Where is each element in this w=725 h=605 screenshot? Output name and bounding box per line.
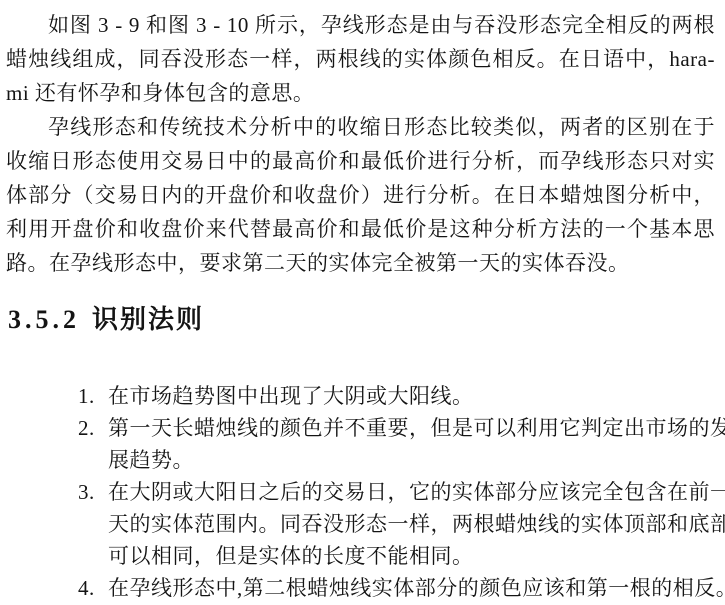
paragraph-harami-vs-inside-day: 孕线形态和传统技术分析中的收缩日形态比较类似，两者的区别在于收缩日形态使用交易日…	[6, 110, 715, 280]
text-line: 体部分（交易日内的开盘价和收盘价）进行分析。在日本蜡烛图分析中，	[6, 178, 715, 212]
list-item-text: 在市场趋势图中出现了大阴或大阳线。	[108, 380, 715, 412]
list-item: 2. 第一天长蜡烛线的颜色并不重要，但是可以利用它判定出市场的发展趋势。	[78, 412, 715, 476]
recognition-rules-list: 1. 在市场趋势图中出现了大阴或大阳线。 2. 第一天长蜡烛线的颜色并不重要，但…	[6, 380, 715, 604]
text-line: 孕线形态和传统技术分析中的收缩日形态比较类似，两者的区别在于	[6, 110, 715, 144]
list-item: 4. 在孕线形态中,第二根蜡烛线实体部分的颜色应该和第一根的相反。	[78, 572, 715, 604]
section-number: 3.5.2	[8, 305, 80, 334]
list-item-number: 3.	[78, 476, 108, 508]
list-item-text: 在大阴或大阳日之后的交易日，它的实体部分应该完全包含在前一天的实体范围内。同吞没…	[108, 476, 715, 572]
text-line: 可以相同，但是实体的长度不能相同。	[108, 540, 715, 572]
text-line: 天的实体范围内。同吞没形态一样，两根蜡烛线的实体顶部和底部	[108, 508, 715, 540]
book-page: 如图 3 - 9 和图 3 - 10 所示，孕线形态是由与吞没形态完全相反的两根…	[0, 0, 725, 605]
list-item-text: 第一天长蜡烛线的颜色并不重要，但是可以利用它判定出市场的发展趋势。	[108, 412, 715, 476]
text-line: 在孕线形态中,第二根蜡烛线实体部分的颜色应该和第一根的相反。	[108, 572, 715, 604]
text-line: mi 还有怀孕和身体包含的意思。	[6, 76, 715, 110]
section-title: 识别法则	[92, 305, 204, 334]
list-item-text: 在孕线形态中,第二根蜡烛线实体部分的颜色应该和第一根的相反。	[108, 572, 715, 604]
text-line: 路。在孕线形态中，要求第二天的实体完全被第一天的实体吞没。	[6, 246, 715, 280]
text-line: 如图 3 - 9 和图 3 - 10 所示，孕线形态是由与吞没形态完全相反的两根	[6, 8, 715, 42]
text-line: 在市场趋势图中出现了大阴或大阳线。	[108, 380, 715, 412]
text-line: 蜡烛线组成，同吞没形态一样，两根线的实体颜色相反。在日语中，hara-	[6, 42, 715, 76]
text-line: 第一天长蜡烛线的颜色并不重要，但是可以利用它判定出市场的发	[108, 412, 715, 444]
list-item: 3. 在大阴或大阳日之后的交易日，它的实体部分应该完全包含在前一天的实体范围内。…	[78, 476, 715, 572]
text-line: 在大阴或大阳日之后的交易日，它的实体部分应该完全包含在前一	[108, 476, 715, 508]
list-item: 1. 在市场趋势图中出现了大阴或大阳线。	[78, 380, 715, 412]
paragraph-harami-intro: 如图 3 - 9 和图 3 - 10 所示，孕线形态是由与吞没形态完全相反的两根…	[6, 8, 715, 110]
section-heading: 3.5.2识别法则	[8, 302, 715, 338]
list-item-number: 1.	[78, 380, 108, 412]
list-item-number: 2.	[78, 412, 108, 444]
text-line: 收缩日形态使用交易日中的最高价和最低价进行分析，而孕线形态只对实	[6, 144, 715, 178]
text-line: 展趋势。	[108, 444, 715, 476]
list-item-number: 4.	[78, 572, 108, 604]
text-line: 利用开盘价和收盘价来代替最高价和最低价是这种分析方法的一个基本思	[6, 212, 715, 246]
